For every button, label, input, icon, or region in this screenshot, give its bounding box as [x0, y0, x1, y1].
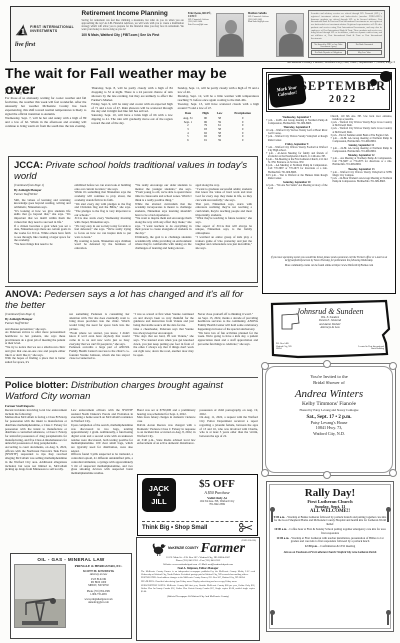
blotter-col-1: Recent incidents involving local law enf… [5, 409, 67, 561]
calendar-dot-large [380, 71, 392, 82]
rally-schedule-item: 12:30 p.m. - Confirmation & LYO meeting [273, 545, 387, 549]
banner-ad-title: Retirement Income Planning [81, 10, 183, 17]
farmer-masthead: (USPS 336-100) McKENZIE COUNTY Farmer 10… [136, 537, 260, 641]
lamppost-icon [271, 613, 273, 625]
anova-kicker: ANOVA: [5, 289, 42, 300]
ornament-icon [261, 362, 269, 370]
rally-schedule: 9:00 a.m. - Worship at Banks Lutheran fo… [273, 516, 387, 550]
calendar-col-1: Wednesday, September 77 p.m. - 24-Hr. AA… [266, 115, 328, 253]
blotter-byline: Farmer Staff Reports [5, 404, 258, 408]
blotter-article: Police blotter: Distribution charges bro… [5, 377, 258, 561]
anova-headline: ANOVA: Pedersen says a lot has changed a… [5, 289, 258, 311]
anova-continued: (Continued from Page 1) [5, 313, 65, 317]
weather-col-1-text: For those of us anxiously waiting for co… [5, 97, 86, 128]
calendar-event: 7 p.m. - 24-Hr. AA Group meeting at Nort… [331, 137, 393, 143]
advisor-2-photo [276, 13, 304, 57]
scissors-icon [239, 523, 253, 532]
calendar-event: 7 p.m. - Watford City Wolves Varsity Vol… [266, 135, 328, 141]
calendar-event: 7 p.m. - 24-Hour Women's AA Group Meetin… [331, 177, 393, 183]
johnsrud-location-note: Located in First International Bank Buil… [356, 346, 384, 351]
advisor-2-details: LPL Financial Advisor (701) 842-2465 Mat… [248, 16, 274, 24]
blotter-col-3: Bond was set at $750,000 and a prelimina… [137, 409, 196, 471]
jcca-kicker: JCCA: [14, 160, 43, 171]
calendar-year: 2022 [329, 94, 357, 105]
pringle-header: OIL - GAS - MINERAL LAW [14, 557, 128, 562]
masthead-address: 101 N. Main St. • P.O. Box 587 • Watford… [141, 556, 255, 566]
brand-name: FIRST INTERNATIONAL INVESTMENTS [30, 26, 77, 34]
calendar-event: 7 p.m. - AA Meeting at Northern Pump & C… [331, 157, 393, 166]
bridal-fiancee-line: Kelby Timmons' Fiancée [271, 401, 387, 407]
calendar-event: 6:15 p.m. - War is Watford at the Hunter… [266, 174, 328, 180]
lamppost-icon [387, 510, 389, 522]
advisor-1-photo [216, 13, 244, 57]
page-dateline: McKenzie County Farmer, Watford City, ND… [195, 60, 395, 64]
jcca-headline: JCCA: Private school holds traditional v… [14, 160, 252, 182]
johnsrud-firm-name: Johnsrud & Sundeen [268, 307, 392, 316]
johnsrud-sundeen-ad: 701-842-2867 Johnsrud & Sundeen Wm. E. S… [268, 299, 392, 359]
bridal-bride-name: Andrea Winters [271, 388, 387, 400]
weather-article: By Kristen Jones Farmer Staff Writer For… [5, 87, 259, 143]
blotter-headline: Police blotter: Distribution charges bro… [5, 380, 258, 402]
blotter-col-2: Law enforcement officers with the NWNTF … [71, 409, 133, 561]
masthead-editor: Neal A. Shipman, Editor-Manager [141, 567, 255, 570]
johnsrud-people: Wm. E. Sundeen Dennis E. Johnsrud and Aa… [268, 316, 392, 326]
calendar-event: 6 p.m. - AA Meeting at Northern Pump & C… [266, 164, 328, 173]
disclosure-cell-2: Not Bank Guaranteed [347, 42, 382, 49]
jcca-article: JCCA: Private school holds traditional v… [8, 156, 258, 283]
blotter-kicker: Police blotter: [5, 380, 68, 391]
banner-ad-body: Saving for retirement can feel like clim… [81, 19, 183, 32]
disclosure-text: Securities and advisory services are off… [311, 13, 382, 41]
first-international-logo: 1 FIRST INTERNATIONAL INVESTMENTS live f… [15, 10, 77, 58]
masthead-about: The McKenzie County Farmer is an indepen… [141, 571, 255, 577]
newspaper-page: 1 FIRST INTERNATIONAL INVESTMENTS live f… [0, 0, 400, 643]
ornament-icon [389, 362, 397, 370]
rally-day-ad: Rally Day! First Lutheran Church Sunday,… [266, 481, 394, 632]
ornament-icon [323, 471, 331, 479]
jack-and-jill-logo: JACK & JILL [142, 478, 176, 512]
banner-ad-contact: 100 N Main, Watford City | FIBT.com | Se… [81, 33, 183, 37]
advisor-1: Erin Owens, RICP®, CLTC® LPL Financial A… [188, 10, 244, 58]
johnsrud-phone: 701-842-2867 [372, 300, 386, 303]
banner-ad-copy: Retirement Income Planning Saving for re… [81, 10, 183, 58]
weather-col-3: Sunday, Sept. 11, will be partly cloudy … [178, 87, 259, 143]
anova-article: ANOVA: Pedersen says a lot has changed a… [5, 286, 258, 375]
lamppost-icon [387, 613, 389, 625]
jack-and-jill-ad: JACK & JILL $5 OFF A $50 Purchase Valid … [137, 474, 258, 536]
jack-purchase-text: A $50 Purchase [181, 490, 253, 495]
pringle-firm: PRINGLE & HERIGSTAD, P.C. [69, 564, 128, 568]
johnsrud-title: Attorneys At Law [268, 326, 392, 329]
blotter-col-4: possession of child pornography on Aug. … [200, 409, 259, 471]
svg-text:1: 1 [21, 26, 25, 36]
masthead-title: Farmer [201, 542, 245, 556]
anova-col-3: "I was so scared at first when Vonnie co… [134, 313, 194, 365]
jcca-byline-role: Farmer Staff Writer [14, 193, 71, 197]
bridal-hosted-by: Hosted by Patsy Levang and Stacey Conlog… [271, 408, 387, 412]
calendar-badge: Mark Your Calendar! [267, 74, 307, 109]
bridal-invite-line-2: Bridal Shower of [271, 380, 387, 386]
jcca-continued: (Continued from Page 1) [14, 184, 71, 188]
pringle-address: 2525 ELK DR PO BOX 1000 MINOT, ND 58702 [69, 578, 128, 588]
masthead-deadlines: DEADLINES: Classified advertising 5pm Fr… [141, 581, 255, 584]
masthead-postmaster: POSTMASTER: Send address changes to the … [141, 577, 255, 580]
weather-col-2: Thursday, Sept. 8, will be partly cloudy… [91, 87, 172, 143]
anova-col-1: (Continued from Page 1) By Ashleigh Plem… [5, 313, 65, 365]
brand-tagline: live first [15, 42, 77, 48]
rally-schedule-item: 9:00 a.m. - Worship at Banks Lutheran fo… [273, 516, 387, 527]
anova-col-4: Never close yourself off to thinking it … [198, 313, 258, 365]
calendar-col-2: Church, 119 6th Ave. NE. Use back door e… [331, 115, 393, 253]
bridal-location: Patsy Levang's House 10841 Hwy. 73, Watf… [271, 420, 387, 436]
community-calendar: Mark Your Calendar! SEPTEMBER 2022 Wedne… [262, 68, 396, 294]
rally-schedule-item: 10:00 a.m. - Coffee hour at First & Sund… [273, 528, 387, 535]
rally-schedule-item: 11:00 a.m. - Worship at First Lutheran w… [273, 537, 387, 544]
retirement-banner-ad: 1 FIRST INTERNATIONAL INVESTMENTS live f… [10, 6, 390, 62]
calendar-submission-note: If you have upcoming events you would li… [266, 256, 392, 262]
rally-facebook-note: Join us on Facebook at First Lutheran Ch… [273, 551, 387, 554]
calendar-event: 7 p.m. - 24-Hr. AA Group meeting at Nort… [331, 147, 393, 153]
disclosure-cell-3: Not Bank Deposits or Obligations [311, 50, 346, 55]
advisor-1-details: LPL Financial Advisor (701) 842-2464 Eri… [188, 19, 214, 27]
weather-byline-role: Farmer Staff Writer [5, 91, 86, 95]
rally-welcome: ALL WELCOME!! [273, 509, 387, 514]
masthead-rates: SUBSCRIPTION RATES: McKenzie County $48 … [141, 585, 255, 594]
calendar-header: Mark Your Calendar! SEPTEMBER 2022 [266, 72, 392, 112]
jack-logo-line2: JILL [151, 498, 166, 506]
jcca-col-2: exhibited before we can even look at bui… [75, 184, 132, 251]
pumpjack-photo [14, 564, 66, 628]
anova-byline-role: Farmer Staff Writer [5, 322, 65, 326]
jack-phone: 701-842-2369 [181, 503, 253, 506]
jack-offer-text: $5 OFF [181, 478, 253, 490]
calendar-dot-small [370, 79, 377, 86]
johnsrud-address: P.O. Box 1485 Watford City, ND 58854 [276, 343, 292, 351]
ornament-icon [261, 469, 269, 477]
pringle-phone: Phone (701) 852-0381 1-800-735-4081 [69, 590, 128, 596]
masthead-official: (Official Newspaper Of Watford City And … [141, 595, 255, 598]
anova-col-2: not something Pedersen is consuming her … [69, 313, 129, 365]
pringle-web: www.pringleherigstad.com sknudsvig@srt.c… [69, 598, 128, 604]
disclosure-cell-4: May Lose Value [347, 50, 382, 55]
pringle-herigstad-ad: OIL - GAS - MINERAL LAW PRINGLE & HERIGS… [10, 553, 132, 639]
pumpjack-icon [20, 593, 60, 627]
jcca-col-1: (Continued from Page 1) By Ashleigh Plem… [14, 184, 71, 251]
blotter-col-1-text: Recent incidents involving local law enf… [5, 409, 67, 472]
advisor-2: Matthew Sabella LPL Financial Advisor (7… [248, 10, 304, 58]
ornament-icon [323, 360, 331, 368]
jcca-col-3: "We really encourage our older students … [135, 184, 192, 251]
jack-slogan: Think Big • Shop Small [142, 525, 236, 531]
rooster-icon [151, 541, 166, 556]
masthead-county: McKENZIE COUNTY [168, 547, 198, 550]
weather-col-1: By Kristen Jones Farmer Staff Writer For… [5, 87, 86, 143]
ornament-icon [389, 469, 397, 477]
rally-title: Rally Day! [273, 487, 387, 499]
banner-disclosure-box: Securities and advisory services are off… [308, 10, 385, 58]
weather-table: DateHighLowPrecipitation Aug. 3190580Sep… [178, 112, 259, 142]
pringle-attorney-title: Attorney at Law [69, 573, 128, 576]
weather-table-body: Aug. 3190580Sept. 1965902796103935804925… [178, 117, 259, 143]
jcca-col-1-text: Still, the values of learning and retain… [14, 199, 71, 247]
bridal-shower-ad: You're Invited to the Bridal Shower of A… [262, 363, 396, 476]
calendar-event: 12 p.m. - "We Are Not Saints" AA Meeting… [266, 184, 328, 190]
disclosure-cell-1: Not Insured by FDIC or Any Other Governm… [311, 42, 346, 49]
jcca-col-4: aged along the way. "I want to graduate … [196, 184, 253, 251]
fib-triangle-icon: 1 [15, 20, 28, 40]
weather-col-3-text: Sunday, Sept. 11, will be partly cloudy … [178, 87, 259, 110]
masthead-usps: (USPS 336-100) [241, 540, 256, 542]
jcca-headline-rest: Private school holds traditional values … [14, 160, 247, 182]
anova-col-1-text: and disease prevention," she says. As Pe… [5, 328, 65, 365]
calendar-url-note: More community events can be found onlin… [266, 264, 392, 267]
calendar-event: 7 p.m. - 24-Hr. AA Group meeting at Nort… [266, 119, 328, 125]
weather-table-row: 691590 [178, 139, 259, 143]
